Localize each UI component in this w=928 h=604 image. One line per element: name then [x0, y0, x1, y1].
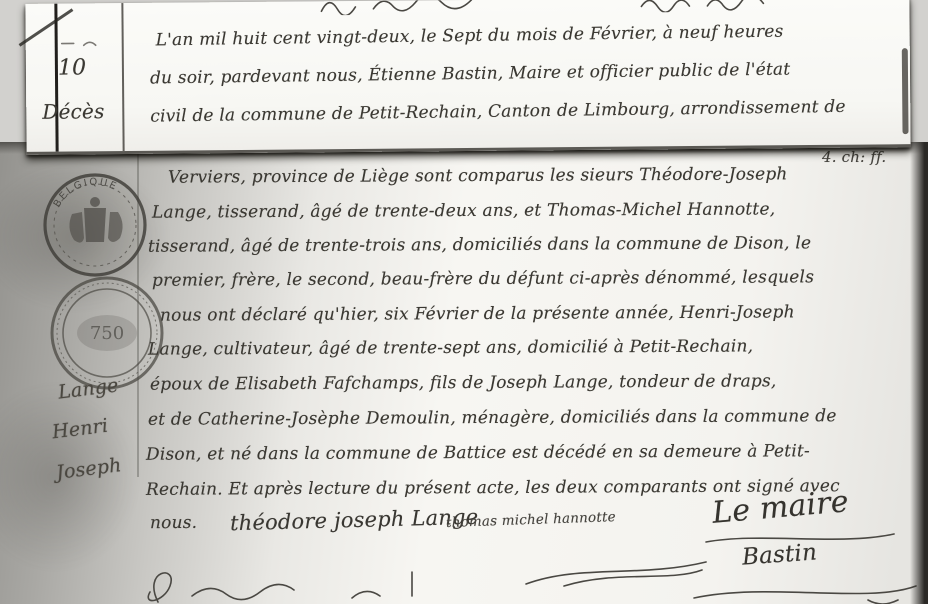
signature-witness-1: théodore joseph Lange: [230, 505, 479, 535]
act-body-line: Lange, tisserand, âgé de trente-deux ans…: [152, 199, 775, 222]
act-body-line: époux de Elisabeth Fafchamps, fils de Jo…: [150, 371, 777, 394]
act-body-line: Dison, et né dans la commune de Battice …: [146, 441, 810, 464]
act-body-line: Lange, cultivateur, âgé de trente-sept a…: [148, 336, 753, 359]
act-body-line: et de Catherine-Josèphe Demoulin, ménagè…: [148, 406, 837, 430]
margin-column-rule: [121, 3, 124, 151]
cutoff-script-fragment-right: [637, 0, 787, 13]
act-body-line: premier, frère, le second, beau-frère du…: [152, 267, 814, 290]
act-header-line: du soir, pardevant nous, Étienne Bastin,…: [150, 60, 791, 89]
stamp-shield-shape: [84, 208, 106, 242]
margin-smudge: [60, 37, 108, 49]
mayor-title-underline-flourish: [700, 530, 900, 548]
entry-type-label: Décès: [42, 99, 104, 124]
entry-number: 10: [58, 55, 87, 80]
stamp-center-value: 750: [90, 323, 124, 344]
cutoff-script-fragment-left: [315, 0, 495, 15]
bottom-page-piece: BELGIQUE 750 Lange Henri Joseph 4. ch: f…: [0, 142, 928, 604]
document-scan: 10 Décès L'an mil huit cent vingt-deux, …: [0, 0, 928, 604]
act-body-line: nous ont déclaré qu'hier, six Février de…: [160, 302, 795, 325]
act-body-line: Verviers, province de Liège sont comparu…: [168, 164, 788, 187]
belgique-seal-stamp: BELGIQUE: [38, 168, 152, 282]
scan-edge-streak: [902, 48, 909, 134]
act-header-line: civil de la commune de Petit-Rechain, Ca…: [150, 97, 846, 127]
mayor-signature-flourish: [688, 580, 923, 604]
top-page-strip: 10 Décès L'an mil huit cent vingt-deux, …: [25, 0, 910, 155]
corner-annotation: 4. ch: ff.: [822, 148, 886, 166]
act-body-line: tisserand, âgé de trente-trois ans, domi…: [148, 233, 811, 256]
act-header-line: L'an mil huit cent vingt-deux, le Sept d…: [156, 22, 784, 51]
paraph-flourish: [520, 556, 715, 590]
act-body-line: nous.: [150, 513, 197, 533]
scan-right-edge: [910, 142, 928, 604]
next-entry-cutoff-fragment: [112, 562, 472, 604]
